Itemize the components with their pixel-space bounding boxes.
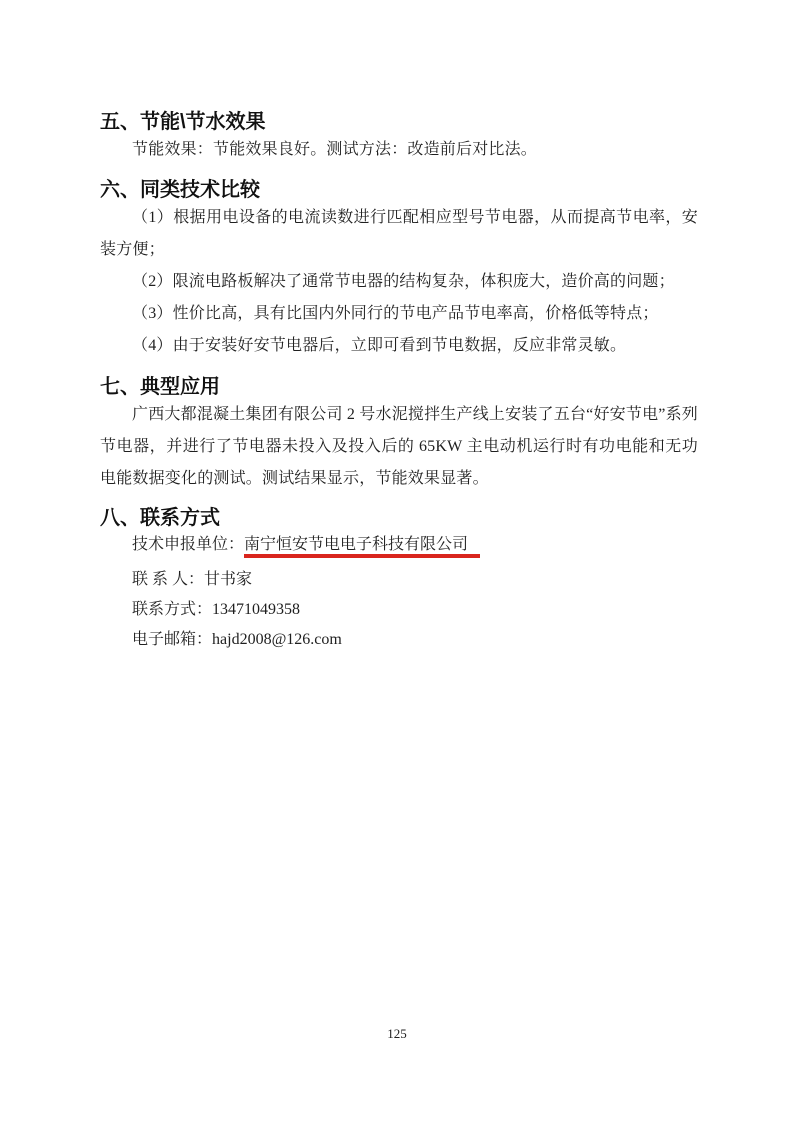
- comparison-item-3: （3）性价比高，具有比国内外同行的节电产品节电率高，价格低等特点；: [100, 298, 698, 330]
- contact-email-label: 电子邮箱：: [132, 631, 212, 648]
- contact-email-line: 电子邮箱：hajd2008@126.com: [132, 625, 698, 655]
- section-7-body: 广西大都混凝土集团有限公司 2 号水泥搅拌生产线上安装了五台“好安节电”系列节电…: [100, 399, 698, 495]
- section-5-heading: 五、节能\节水效果: [100, 110, 698, 134]
- page-number: 125: [0, 1026, 794, 1042]
- document-page: 五、节能\节水效果 节能效果：节能效果良好。测试方法：改造前后对比法。 六、同类…: [0, 0, 794, 1123]
- contact-unit-line: 技术申报单位：南宁恒安节电电子科技有限公司: [132, 530, 698, 560]
- contact-person-value: 甘书家: [204, 571, 252, 588]
- contact-phone-line: 联系方式：13471049358: [132, 595, 698, 625]
- contact-person-label: 联 系 人：: [132, 571, 204, 588]
- comparison-item-1: （1）根据用电设备的电流读数进行匹配相应型号节电器，从而提高节电率，安装方便；: [100, 202, 698, 266]
- contact-email-value: hajd2008@126.com: [212, 631, 342, 648]
- contact-phone-value: 13471049358: [212, 601, 300, 618]
- section-8-heading: 八、联系方式: [100, 506, 698, 530]
- contact-person-line: 联 系 人：甘书家: [132, 565, 698, 595]
- comparison-item-2: （2）限流电路板解决了通常节电器的结构复杂，体积庞大，造价高的问题；: [100, 266, 698, 298]
- contact-phone-label: 联系方式：: [132, 601, 212, 618]
- section-6-heading: 六、同类技术比较: [100, 178, 698, 202]
- section-5-body: 节能效果：节能效果良好。测试方法：改造前后对比法。: [100, 134, 698, 166]
- section-7-heading: 七、典型应用: [100, 375, 698, 399]
- contact-unit-label: 技术申报单位：: [132, 536, 244, 553]
- contact-unit-value: 南宁恒安节电电子科技有限公司: [244, 536, 480, 558]
- comparison-item-4: （4）由于安装好安节电器后，立即可看到节电数据，反应非常灵敏。: [100, 330, 698, 362]
